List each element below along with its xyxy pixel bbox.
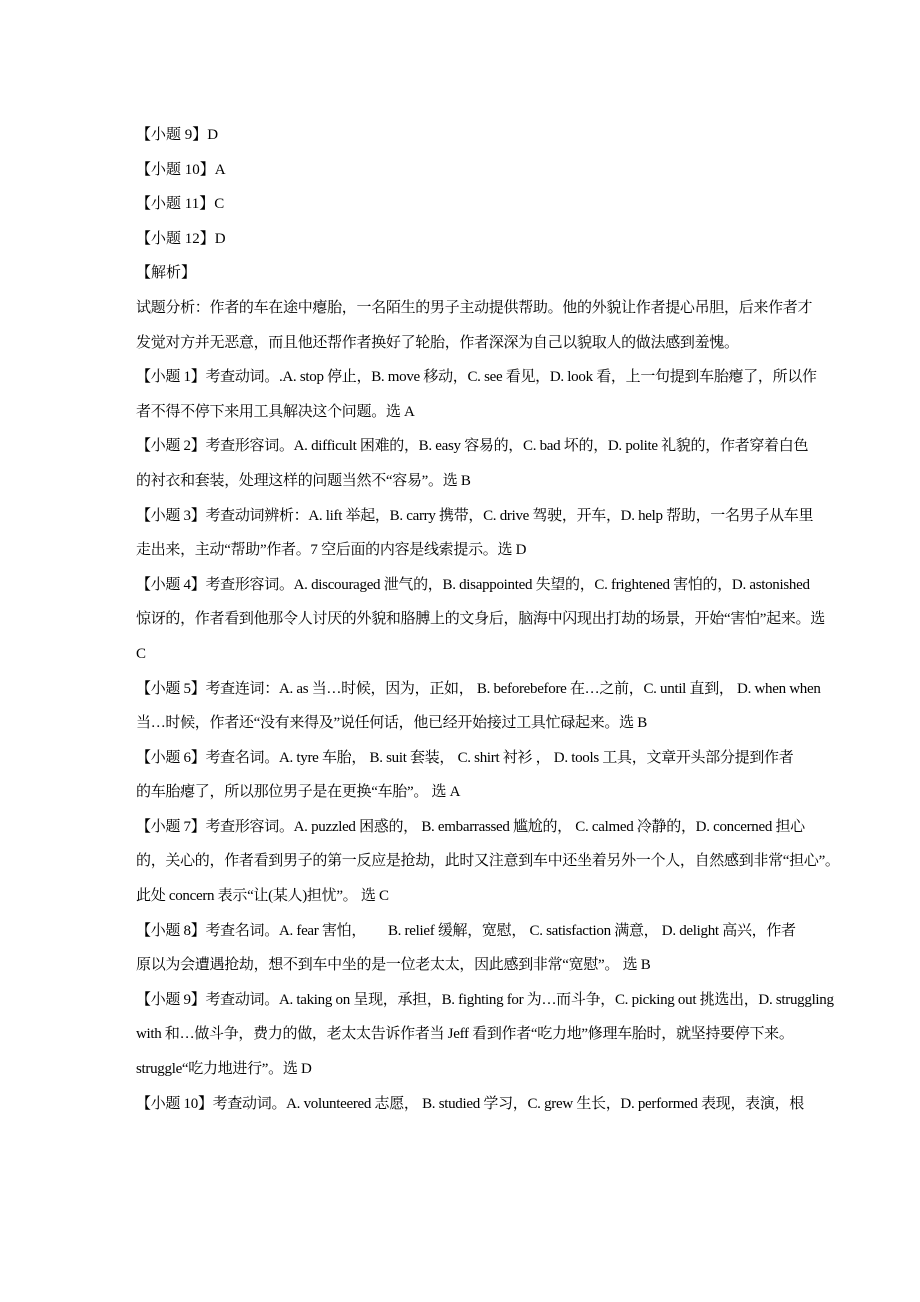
text-line: 【小题 2】考查形容词。A. difficult 困难的，B. easy 容易的… [136,429,866,464]
document-page: 【小题 9】D 【小题 10】A 【小题 11】C 【小题 12】D 【解析】 … [136,118,866,1121]
answer-line-9: 【小题 9】D [136,118,866,153]
explanation-q7: 【小题 7】考查形容词。A. puzzled 困惑的， B. embarrass… [136,810,866,914]
answer-value: D [207,127,218,143]
text-line: 此处 concern 表示“让(某人)担忧”。 选 C [136,879,866,914]
text-line: 试题分析：作者的车在途中瘪胎，一名陌生的男子主动提供帮助。他的外貌让作者提心吊胆… [136,291,866,326]
summary-paragraph: 试题分析：作者的车在途中瘪胎，一名陌生的男子主动提供帮助。他的外貌让作者提心吊胆… [136,291,866,360]
text-line: 【小题 3】考查动词辨析：A. lift 举起，B. carry 携带，C. d… [136,499,866,534]
explanation-q1: 【小题 1】考查动词。.A. stop 停止，B. move 移动，C. see… [136,360,866,429]
text-line: 惊讶的，作者看到他那令人讨厌的外貌和胳膊上的文身后，脑海中闪现出打劫的场景，开始… [136,602,866,637]
answer-line-11: 【小题 11】C [136,187,866,222]
explanation-q5: 【小题 5】考查连词：A. as 当…时候，因为，正如， B. beforebe… [136,672,866,741]
text-line: 走出来，主动“帮助”作者。7 空后面的内容是线索提示。选 D [136,533,866,568]
text-line: 【小题 7】考查形容词。A. puzzled 困惑的， B. embarrass… [136,810,866,845]
explanation-q9: 【小题 9】考查动词。A. taking on 呈现，承担，B. fightin… [136,983,866,1087]
text-line: C [136,637,866,672]
text-line: 的衬衣和套装，处理这样的问题当然不“容易”。选 B [136,464,866,499]
explanation-q10: 【小题 10】考查动词。A. volunteered 志愿， B. studie… [136,1087,866,1122]
text-line: 原以为会遭遇抢劫，想不到车中坐的是一位老太太，因此感到非常“宽慰”。 选 B [136,948,866,983]
text-line: 当…时候，作者还“没有来得及”说任何话，他已经开始接过工具忙碌起来。选 B [136,706,866,741]
answer-value: D [215,231,226,247]
text-line: 的，关心的，作者看到男子的第一反应是抢劫，此时又注意到车中还坐着另外一个人，自然… [136,844,866,879]
text-line: with 和…做斗争，费力的做，老太太告诉作者当 Jeff 看到作者“吃力地”修… [136,1017,866,1052]
answer-value: C [214,196,224,212]
analysis-heading: 【解析】 [136,256,866,291]
answer-value: A [215,162,226,178]
text-line: 【小题 10】考查动词。A. volunteered 志愿， B. studie… [136,1087,866,1122]
explanation-q2: 【小题 2】考查形容词。A. difficult 困难的，B. easy 容易的… [136,429,866,498]
text-line: 【小题 9】考查动词。A. taking on 呈现，承担，B. fightin… [136,983,866,1018]
text-line: 【小题 1】考查动词。.A. stop 停止，B. move 移动，C. see… [136,360,866,395]
question-label: 【小题 9】 [136,127,207,143]
text-line: 【小题 6】考查名词。A. tyre 车胎， B. suit 套装， C. sh… [136,741,866,776]
text-line: 【小题 5】考查连词：A. as 当…时候，因为，正如， B. beforebe… [136,672,866,707]
answer-line-10: 【小题 10】A [136,153,866,188]
question-label: 【小题 11】 [136,196,214,212]
text-line: 者不得不停下来用工具解决这个问题。选 A [136,395,866,430]
question-label: 【小题 10】 [136,162,215,178]
explanation-q4: 【小题 4】考查形容词。A. discouraged 泄气的，B. disapp… [136,568,866,672]
answer-line-12: 【小题 12】D [136,222,866,257]
explanation-q8: 【小题 8】考查名词。A. fear 害怕， B. relief 缓解，宽慰， … [136,914,866,983]
text-line: 发觉对方并无恶意，而且他还帮作者换好了轮胎，作者深深为自己以貌取人的做法感到羞愧… [136,326,866,361]
question-label: 【小题 12】 [136,231,215,247]
explanation-q6: 【小题 6】考查名词。A. tyre 车胎， B. suit 套装， C. sh… [136,741,866,810]
text-line: 【小题 8】考查名词。A. fear 害怕， B. relief 缓解，宽慰， … [136,914,866,949]
explanation-q3: 【小题 3】考查动词辨析：A. lift 举起，B. carry 携带，C. d… [136,499,866,568]
text-line: 【小题 4】考查形容词。A. discouraged 泄气的，B. disapp… [136,568,866,603]
text-line: struggle“吃力地进行”。选 D [136,1052,866,1087]
text-line: 的车胎瘪了，所以那位男子是在更换“车胎”。 选 A [136,775,866,810]
